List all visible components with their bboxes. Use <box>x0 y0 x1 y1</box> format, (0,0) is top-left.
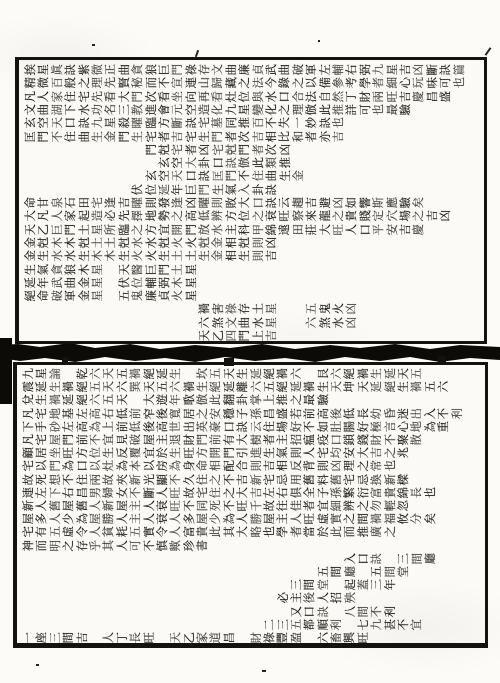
spine-blob <box>0 338 12 404</box>
text-column: 一座三間吉 人丁長旺 天乙家道昌 財祿豐盈 六畜興旺 <box>22 631 370 645</box>
speck-mark <box>262 670 266 672</box>
speck-mark <box>92 44 95 46</box>
right-page-block: 挨星眞訣紫微正曲貪狼巨門祿存文曲廉貞武曲破軍左輔右弼九星吉凶斷訣篇精微百般之理先… <box>15 57 487 344</box>
text-column: 文曲湖下水功名三教進會元空造化九星變化之理倣此推詳可也最驗 <box>24 103 412 117</box>
text-column: 玄空天口訣匡門不住曲生金 <box>24 169 305 183</box>
text-column: 天乙巨門土星所臨之方宜開門放水主科甲綿遠田莊大旺人口平安吉慶 <box>24 223 426 237</box>
text-column: 延年武曲金星 伏位輔弼木星 <box>24 276 198 290</box>
text-column: 門尅宅者凶宅尅門者次凶 <box>24 143 292 157</box>
text-column: 金生水水生木木生火火生土土生金相生則吉 <box>24 249 278 263</box>
text-column: 宅有五虛令人貧耗五實令人富貴此其大略也學者當於此而推廣之 <box>22 525 397 539</box>
text-column: 連左下右昌男婦女不斷人旺故宅住之大吉左右俱全子孫繁衍富貴綿長也 <box>22 486 437 500</box>
text-column: 神而明之存乎其人可不慎歟珍書 <box>22 539 209 553</box>
text-column: 匡門不住曲生金門生宅者吉宅生門者次吉相比和者亦吉 <box>24 130 345 144</box>
text-column: 五間廳 五間堂 <box>22 565 411 579</box>
gutter-nub <box>438 356 446 363</box>
text-column: 絕命破軍金星 五鬼廉貞火星 <box>24 289 198 303</box>
text-column: 金尅木木尅土土尅水水尅火火尅金相尅則凶 <box>24 236 278 250</box>
gutter-nub <box>224 358 234 366</box>
text-column: 玄空天口訣九星殺曜臨方斷訣宅墓同推百不失一妙訣也 <box>24 116 345 130</box>
text-column: 新人舊屋舊人新屋主人衰旺不同死不旺千故往佳者宜細辨之勿輕忽 <box>22 499 410 513</box>
text-column: 挨星眞訣紫微正曲貪狼巨門祿存文曲廉貞武曲破軍左輔右弼九星吉凶斷訣篇 <box>24 63 466 77</box>
text-column: 凡人家住宅先看大門次看坐向再看灶位與水口合法自然丁財兩旺吉慶昌盛 <box>24 90 453 104</box>
speck-mark <box>36 664 39 666</box>
text-column: 六煞文曲水星 六煞水凶 <box>24 316 359 330</box>
text-column: 禍害祿存土星 五鬼火凶 <box>24 302 359 316</box>
binding-gutter <box>0 336 500 408</box>
text-column: 命甘泉石田宅逢吉曜則發逢凶曜則敗大口訣云趨吉避凶如響斯應驗矣 <box>24 196 426 210</box>
gutter-band <box>0 343 500 362</box>
text-column: 精微百般之理先賢秘而不宣連山歸藏之法今錄之以備參考學者細心玩味可也 <box>24 76 466 90</box>
text-column: 下手砂左高為上前低後高世出英豪口訣云住場好不如肚腸好極言心地為重 <box>22 420 451 434</box>
speck-mark <box>318 40 320 42</box>
text-column: 凡宅地基左高右低前窄後寬居之安穩子孫昌盛若前高後低長幼昏迷出入不利 <box>22 407 464 421</box>
text-column: 凡宅屋門前不宜見破屋主退財門前有大樹者主招瘟疫口鎖錢財不聚散 <box>22 433 424 447</box>
text-column: 入口訣 三間廳 <box>22 552 437 566</box>
gutter-nub <box>62 357 68 363</box>
text-column: 宅以門為口以灶為本以房為身命相配合則吉相反背則凶理之常也 <box>22 459 397 473</box>
text-column: 故死想不住兩故夾新光顯不久住之不吉新宅忌用舊料舊宅忌換新樑 <box>22 473 410 487</box>
speck-mark <box>485 47 492 56</box>
text-column: 二三五都順利 七九甚不宜 <box>22 618 424 632</box>
text-column: 又口訣 八間不利 <box>22 605 397 619</box>
scanned-book-page: 挨星眞訣紫微正曲貪狼巨門祿存文曲廉貞武曲破軍左輔右弼九星吉凶斷訣篇精微百般之理先… <box>0 0 500 683</box>
text-column: 生氣貪狼木星 天醫巨門土星 <box>24 263 198 277</box>
text-column: 玄空大卦口訣倣此類推 <box>24 156 292 170</box>
text-column: 伏位延年巨門生氣入卦訣 <box>24 183 278 197</box>
text-column: 必主後人招殃 <box>22 591 357 605</box>
text-column: 大凡人家起造必先擇地勢之高低辨方位之衰旺察來龍之貴賤定穴場之吉凶 <box>24 209 453 223</box>
